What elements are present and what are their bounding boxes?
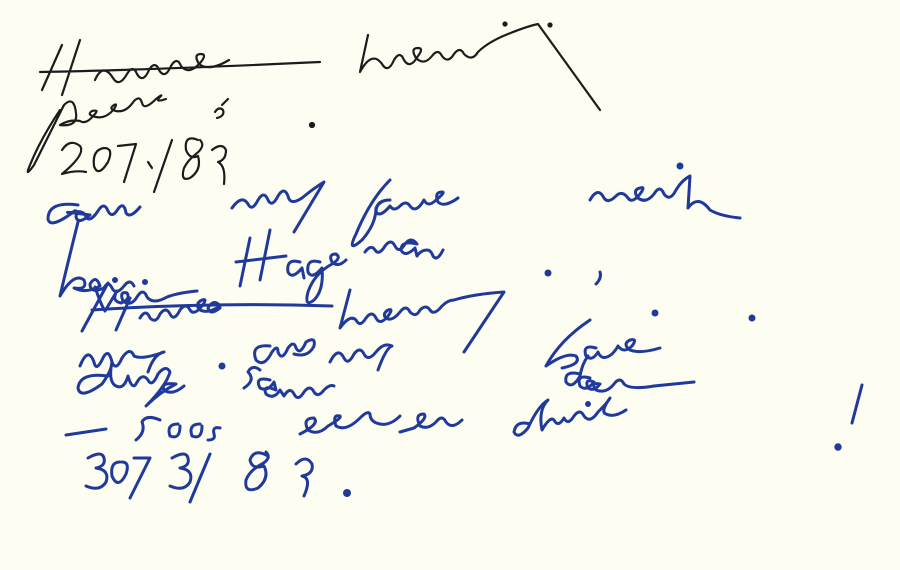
handwriting-strokes [0,0,900,570]
handwritten-note-card: Hannes Meiring Pretoria. 20/1/89 aan my … [0,0,900,570]
